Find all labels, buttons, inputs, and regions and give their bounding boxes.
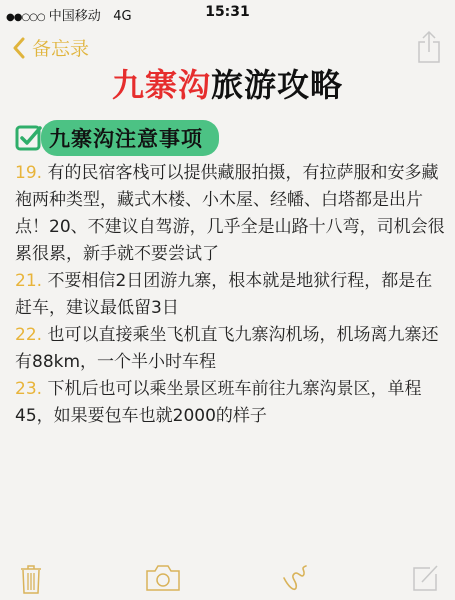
bottom-toolbar xyxy=(0,550,455,600)
section-label: 九寨沟注意事项 xyxy=(41,120,219,156)
back-label: 备忘录 xyxy=(32,34,89,61)
item-text: 不要相信2日团游九寨，根本就是地狱行程，都是在赶车，建议最低留3日 xyxy=(15,271,432,318)
item-text: 也可以直接乘坐飞机直飞九寨沟机场，机场离九寨还有88km，一个半小时车程 xyxy=(15,325,438,372)
item-number: 19. xyxy=(15,163,42,183)
checkbox-checked-icon[interactable] xyxy=(15,124,43,152)
compose-icon xyxy=(412,564,440,592)
list-item: 19. 有的民宿客栈可以提供藏服拍摄，有拉萨服和安多藏袍两种类型，藏式木楼、小木… xyxy=(15,160,445,268)
back-button[interactable]: 备忘录 xyxy=(12,34,89,61)
item-number: 22. xyxy=(15,325,42,345)
sketch-button[interactable] xyxy=(282,564,310,598)
share-icon xyxy=(417,30,441,64)
trash-icon xyxy=(20,564,42,594)
list-item: 22. 也可以直接乘坐飞机直飞九寨沟机场，机场离九寨还有88km，一个半小时车程 xyxy=(15,322,445,376)
note-content[interactable]: 19. 有的民宿客栈可以提供藏服拍摄，有拉萨服和安多藏袍两种类型，藏式木楼、小木… xyxy=(15,160,445,430)
list-item: 23. 下机后也可以乘坐景区班车前往九寨沟景区，单程45，如果要包车也就2000… xyxy=(15,376,445,430)
item-text: 有的民宿客栈可以提供藏服拍摄，有拉萨服和安多藏袍两种类型，藏式木楼、小木屋、经幡… xyxy=(15,163,445,264)
delete-button[interactable] xyxy=(20,564,42,598)
section-heading: 九寨沟注意事项 xyxy=(15,120,219,156)
compose-button[interactable] xyxy=(412,564,440,596)
camera-icon xyxy=(145,564,181,592)
camera-button[interactable] xyxy=(145,564,181,596)
status-bar: ●●○○○ 中国移动 4G 15:31 xyxy=(0,0,455,24)
clock: 15:31 xyxy=(0,4,455,20)
item-text: 下机后也可以乘坐景区班车前往九寨沟景区，单程45，如果要包车也就2000的样子 xyxy=(15,379,421,426)
list-item: 21. 不要相信2日团游九寨，根本就是地狱行程，都是在赶车，建议最低留3日 xyxy=(15,268,445,322)
page-title: 九寨沟旅游攻略 xyxy=(0,60,455,106)
title-black: 旅游攻略 xyxy=(211,66,343,104)
item-number: 21. xyxy=(15,271,42,291)
sketch-icon xyxy=(282,564,310,594)
title-red: 九寨沟 xyxy=(112,66,211,104)
chevron-left-icon xyxy=(12,37,26,59)
item-number: 23. xyxy=(15,379,42,399)
